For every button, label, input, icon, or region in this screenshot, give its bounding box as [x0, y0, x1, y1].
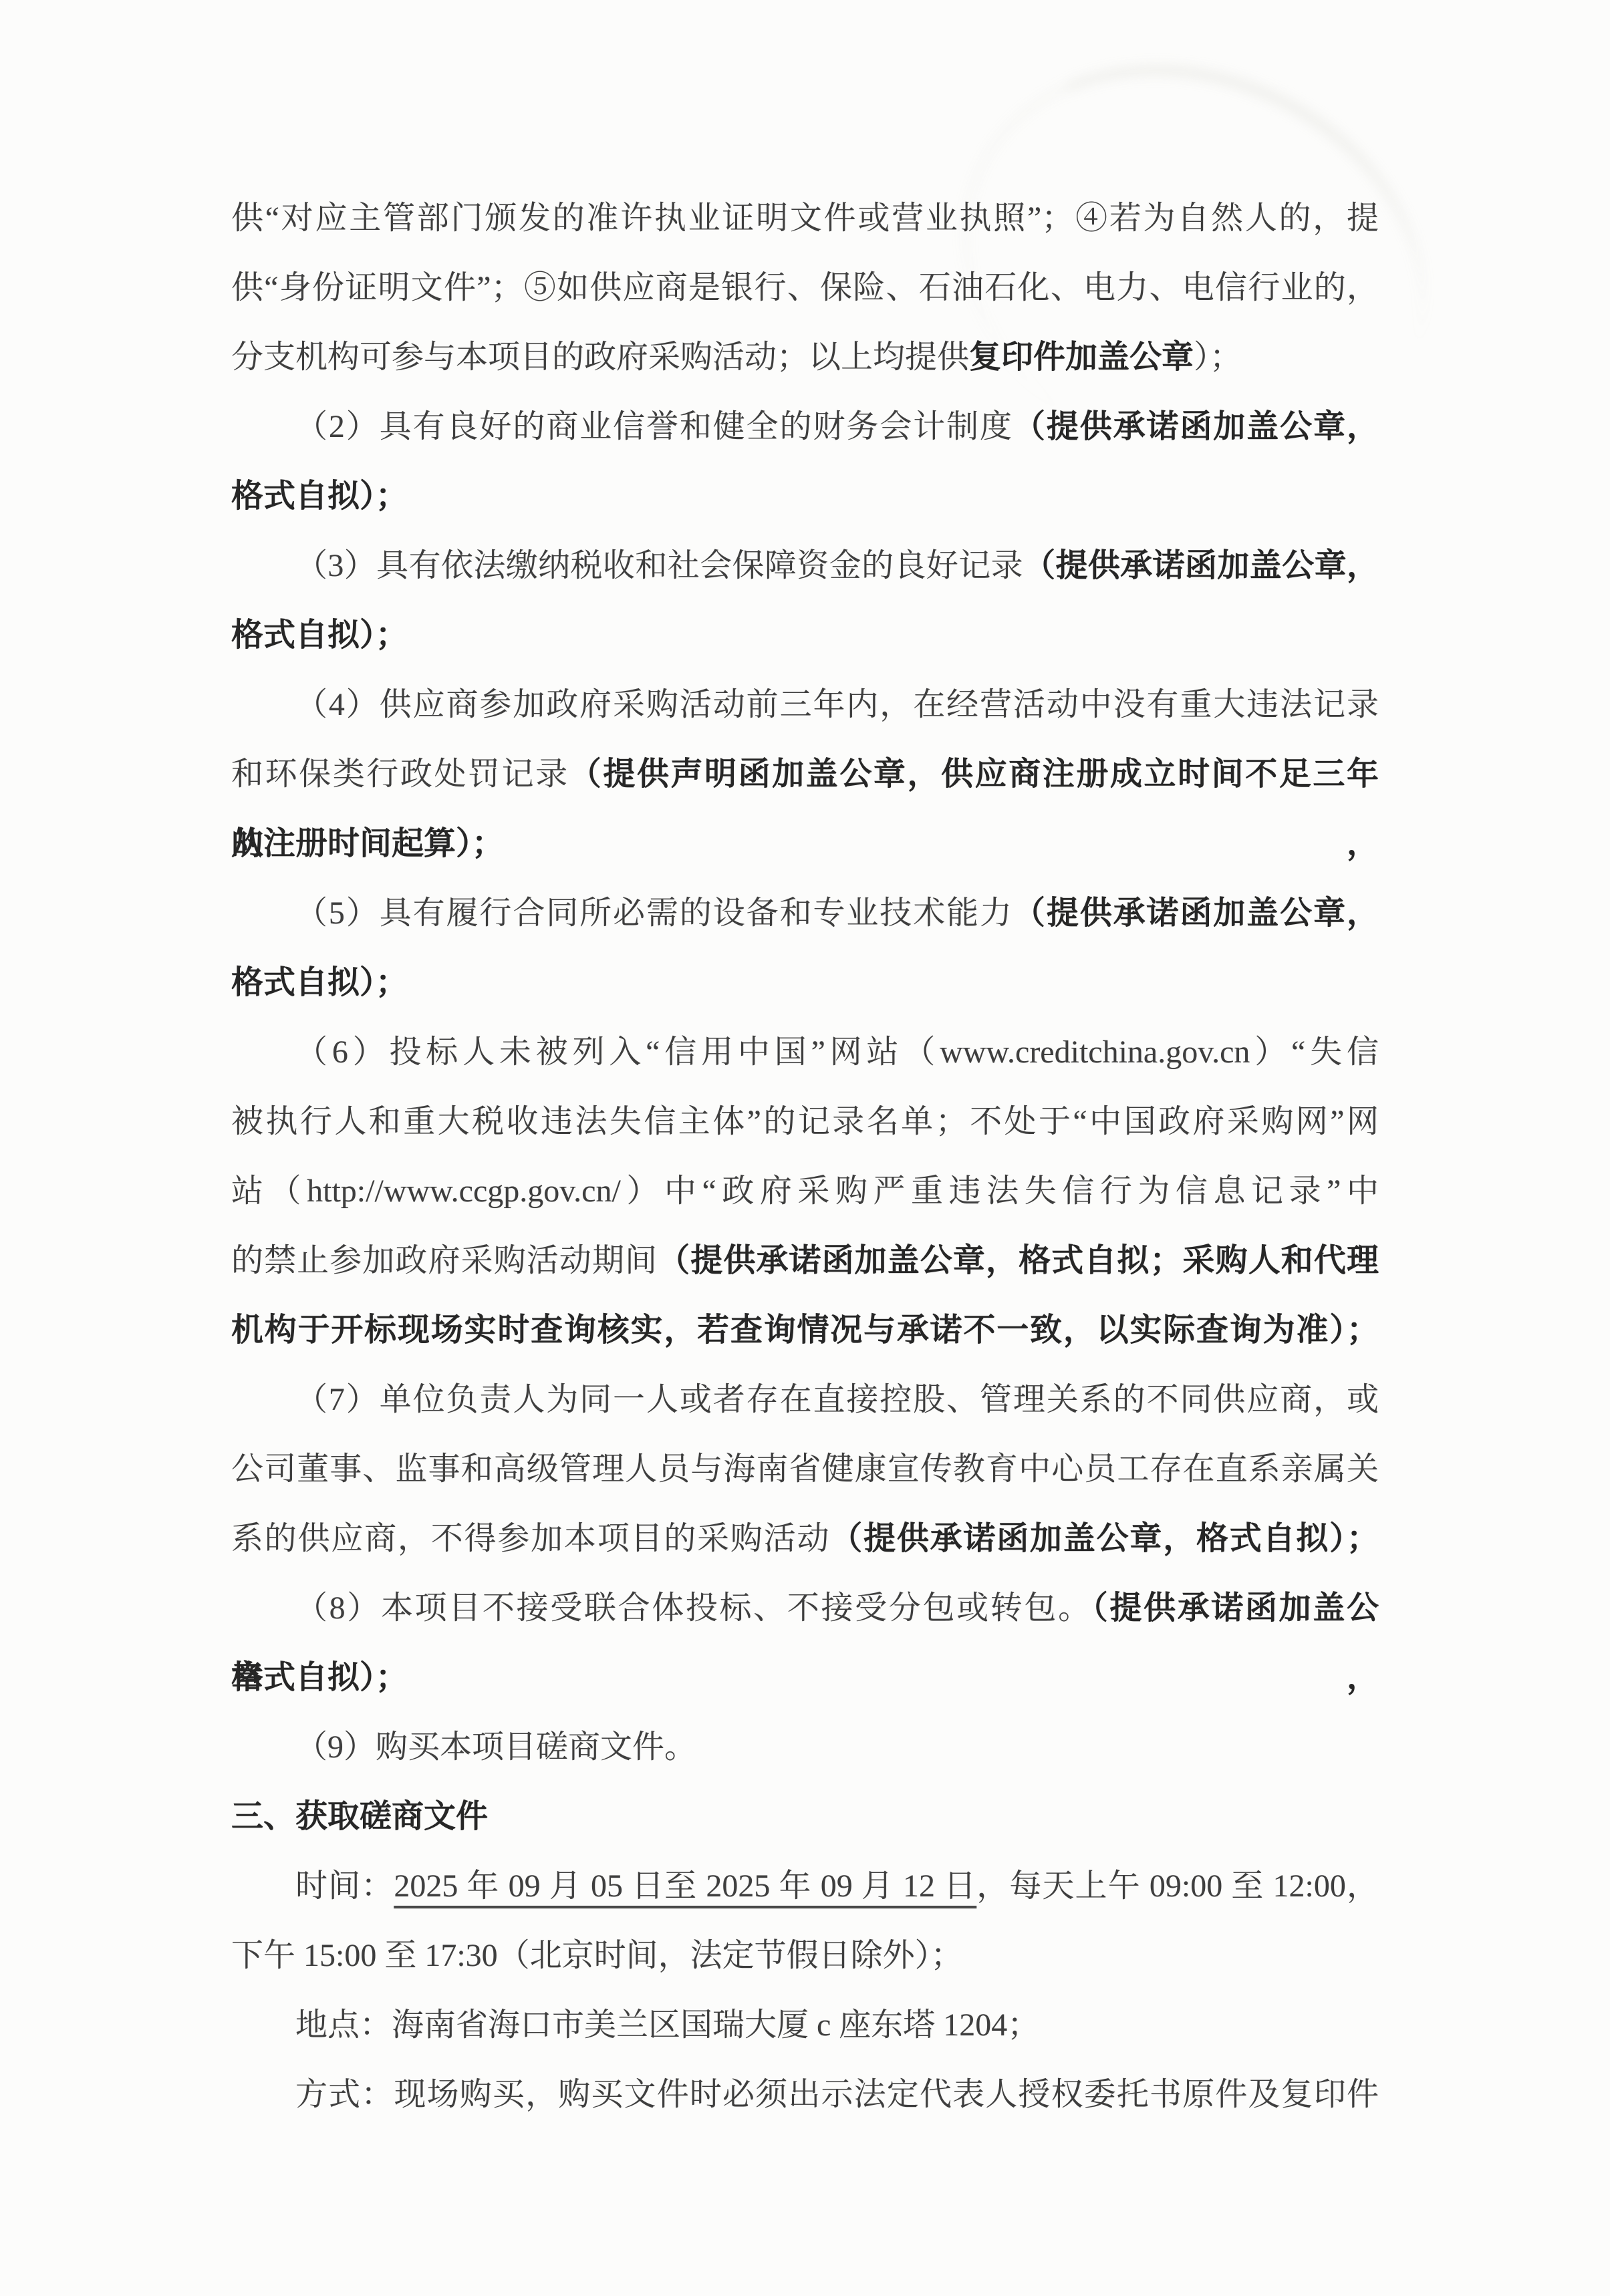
text-run: 和环保类行政处罚记录 [231, 756, 569, 792]
text-run: 方式：现场购买，购买文件时必须出示法定代表人授权委托书原件及复印件 [295, 2077, 1379, 2112]
bold-text-run: 格式自拟）； [231, 965, 408, 1000]
document-line: 格式自拟）； [231, 948, 1379, 1018]
underlined-date-range: 2025 年 09 月 05 日至 2025 年 09 月 12 日 [394, 1868, 976, 1904]
document-line: 分支机构可参与本项目的政府采购活动；以上均提供复印件加盖公章）； [231, 323, 1379, 392]
document-line: （9）购买本项目磋商文件。 [231, 1713, 1379, 1782]
bold-text-run: （提供承诺函加盖公章， [1013, 409, 1379, 444]
text-run: （8）本项目不接受联合体投标、不接受分包或转包。 [295, 1590, 1092, 1626]
text-run: （4）供应商参加政府采购活动前三年内，在经营活动中没有重大违法记录 [295, 687, 1379, 722]
text-run: 分支机构可参与本项目的政府采购活动；以上均提供 [231, 339, 969, 375]
text-run: 供“身份证明文件”；⑤如供应商是银行、保险、石油石化、电力、电信行业的， [231, 270, 1379, 305]
document-line: （4）供应商参加政府采购活动前三年内，在经营活动中没有重大违法记录 [231, 670, 1379, 740]
text-run: 下午 15:00 至 17:30（北京时间，法定节假日除外）； [231, 1938, 963, 1973]
text-run: 供“对应主管部门颁发的准许执业证明文件或营业执照”；④若为自然人的，提 [231, 200, 1379, 236]
bold-text-run: 机构于开标现场实时查询核实，若查询情况与承诺不一致，以实际查询为准）； [231, 1312, 1379, 1348]
text-run: （5）具有履行合同所必需的设备和专业技术能力 [295, 895, 1013, 931]
section-heading: 三、获取磋商文件 [231, 1782, 1379, 1852]
text-run: （9）购买本项目磋商文件。 [295, 1729, 696, 1765]
bold-text-run: （提供承诺函加盖公章， [1023, 548, 1379, 583]
document-line: 供“身份证明文件”；⑤如供应商是银行、保险、石油石化、电力、电信行业的， [231, 253, 1379, 323]
text-run: （6）投标人未被列入“信用中国”网站（www.creditchina.gov.c… [295, 1034, 1379, 1070]
document-line: （8）本项目不接受联合体投标、不接受分包或转包。（提供承诺函加盖公章， [231, 1574, 1379, 1643]
text-run: 的禁止参加政府采购活动期间 [231, 1243, 658, 1278]
text-run: 站（http://www.ccgp.gov.cn/）中“政府采购严重违法失信行为… [231, 1173, 1379, 1209]
document-line: 的禁止参加政府采购活动期间（提供承诺函加盖公章，格式自拟；采购人和代理 [231, 1226, 1379, 1296]
document-line: 被执行人和重大税收违法失信主体”的记录名单；不处于“中国政府采购网”网 [231, 1087, 1379, 1157]
bold-text-run: 三、获取磋商文件 [231, 1799, 488, 1834]
document-line: 机构于开标现场实时查询核实，若查询情况与承诺不一致，以实际查询为准）； [231, 1296, 1379, 1365]
document-line: （6）投标人未被列入“信用中国”网站（www.creditchina.gov.c… [231, 1018, 1379, 1087]
text-run: ，每天上午 09:00 至 12:00， [976, 1868, 1379, 1904]
document-text: 供“对应主管部门颁发的准许执业证明文件或营业执照”；④若为自然人的，提供“身份证… [231, 184, 1379, 2130]
document-line: 时间：2025 年 09 月 05 日至 2025 年 09 月 12 日，每天… [231, 1852, 1379, 1921]
bold-text-run: （提供承诺函加盖公章，格式自拟；采购人和代理 [658, 1243, 1379, 1278]
document-line: 公司董事、监事和高级管理人员与海南省健康宣传教育中心员工存在直系亲属关 [231, 1435, 1379, 1504]
document-line: 和环保类行政处罚记录（提供声明函加盖公章，供应商注册成立时间不足三年的， [231, 740, 1379, 809]
document-line: （2）具有良好的商业信誉和健全的财务会计制度（提供承诺函加盖公章， [231, 392, 1379, 462]
document-line: （3）具有依法缴纳税收和社会保障资金的良好记录（提供承诺函加盖公章， [231, 531, 1379, 601]
document-line: 系的供应商，不得参加本项目的采购活动（提供承诺函加盖公章，格式自拟）； [231, 1504, 1379, 1574]
text-run: 时间： [295, 1868, 394, 1904]
bold-text-run: 格式自拟）； [231, 478, 408, 514]
text-run: 系的供应商，不得参加本项目的采购活动 [231, 1521, 830, 1556]
text-run: （2）具有良好的商业信誉和健全的财务会计制度 [295, 409, 1013, 444]
text-run: 公司董事、监事和高级管理人员与海南省健康宣传教育中心员工存在直系亲属关 [231, 1451, 1379, 1487]
document-line: 供“对应主管部门颁发的准许执业证明文件或营业执照”；④若为自然人的，提 [231, 184, 1379, 253]
document-line: 格式自拟）； [231, 601, 1379, 670]
text-run: （3）具有依法缴纳税收和社会保障资金的良好记录 [295, 548, 1023, 583]
document-line: 方式：现场购买，购买文件时必须出示法定代表人授权委托书原件及复印件 [231, 2060, 1379, 2130]
text-run: ）； [1194, 339, 1242, 375]
document-line: 格式自拟）； [231, 462, 1379, 531]
document-line: 地点：海南省海口市美兰区国瑞大厦 c 座东塔 1204； [231, 1991, 1379, 2060]
bold-text-run: 复印件加盖公章 [969, 339, 1194, 375]
scanned-page: 供“对应主管部门颁发的准许执业证明文件或营业执照”；④若为自然人的，提供“身份证… [0, 0, 1610, 2296]
document-line: （5）具有履行合同所必需的设备和专业技术能力（提供承诺函加盖公章， [231, 879, 1379, 948]
bold-text-run: 从注册时间起算）； [231, 826, 504, 861]
document-line: 下午 15:00 至 17:30（北京时间，法定节假日除外）； [231, 1921, 1379, 1991]
document-line: （7）单位负责人为同一人或者存在直接控股、管理关系的不同供应商，或 [231, 1365, 1379, 1435]
bold-text-run: 格式自拟）； [231, 617, 408, 653]
text-run: 被执行人和重大税收违法失信主体”的记录名单；不处于“中国政府采购网”网 [231, 1104, 1379, 1139]
bold-text-run: （提供承诺函加盖公章，格式自拟）； [830, 1521, 1379, 1556]
text-run: （7）单位负责人为同一人或者存在直接控股、管理关系的不同供应商，或 [295, 1382, 1379, 1417]
text-run: 地点：海南省海口市美兰区国瑞大厦 c 座东塔 1204； [295, 2007, 1039, 2043]
bold-text-run: 格式自拟）； [231, 1660, 408, 1695]
bold-text-run: （提供承诺函加盖公章， [1013, 895, 1379, 931]
document-line: 站（http://www.ccgp.gov.cn/）中“政府采购严重违法失信行为… [231, 1157, 1379, 1226]
